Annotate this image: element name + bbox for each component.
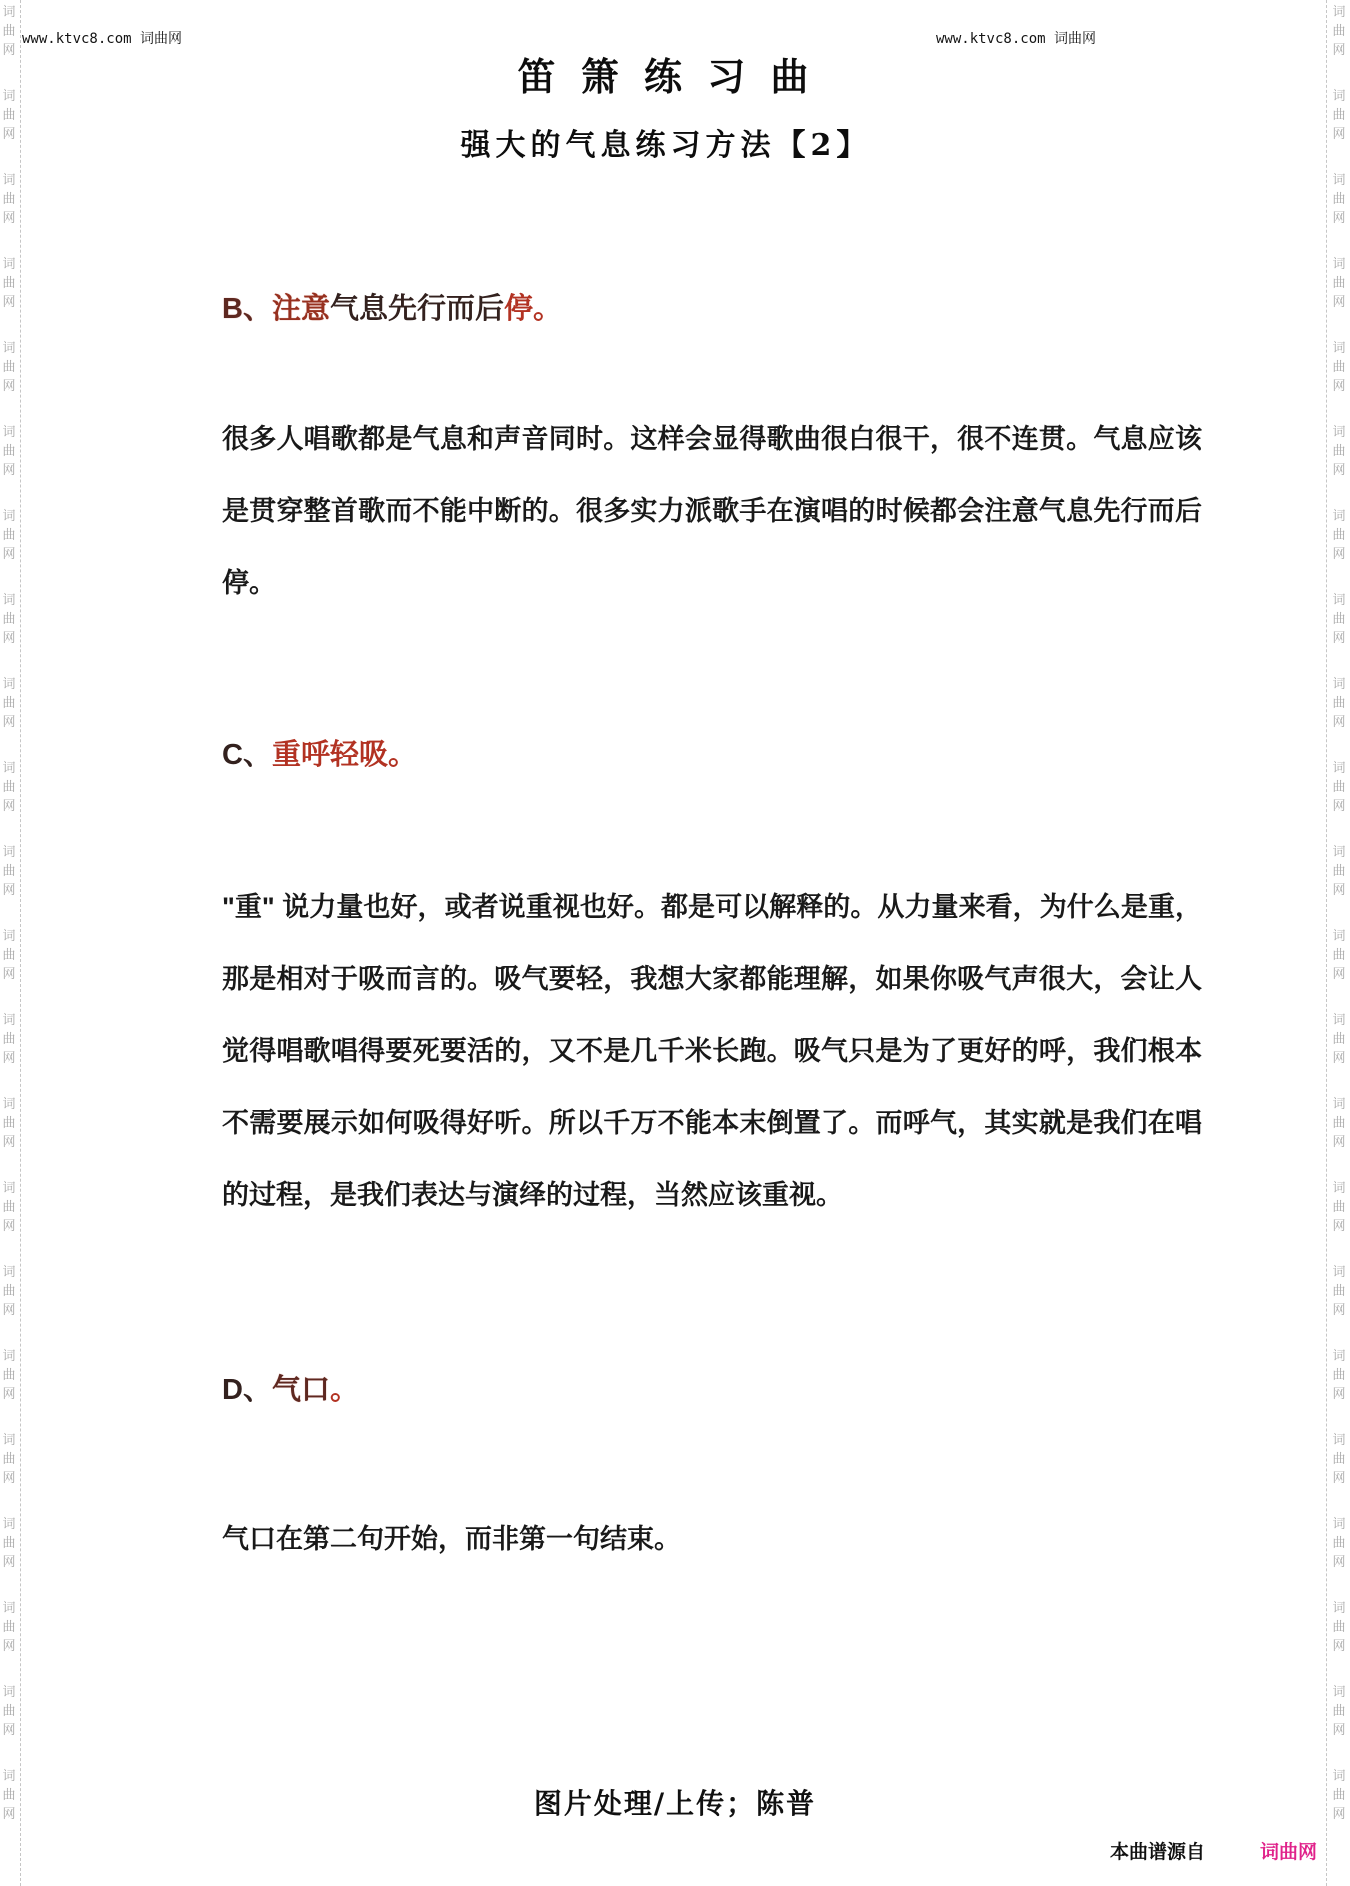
watermark-character: 词	[1330, 1516, 1348, 1532]
watermark-character: 曲	[0, 527, 18, 543]
watermark-character: 词	[0, 256, 18, 272]
watermark-character: 曲	[0, 947, 18, 963]
left-watermark-column: 词曲网词曲网词曲网词曲网词曲网词曲网词曲网词曲网词曲网词曲网词曲网词曲网词曲网词…	[0, 4, 18, 1852]
watermark-character: 网	[1330, 1134, 1348, 1150]
watermark-character: 曲	[0, 359, 18, 375]
watermark-character: 词	[0, 1684, 18, 1700]
watermark-character: 网	[1330, 630, 1348, 646]
watermark-character: 网	[0, 630, 18, 646]
watermark-character: 词	[0, 4, 18, 20]
watermark-character: 词	[0, 760, 18, 776]
watermark-character: 词	[0, 844, 18, 860]
watermark-character: 网	[0, 294, 18, 310]
watermark-character: 词	[1330, 1180, 1348, 1196]
heading-segment: C、	[222, 739, 272, 771]
watermark-character: 曲	[0, 1283, 18, 1299]
watermark-character: 曲	[1330, 1283, 1348, 1299]
watermark-character: 曲	[1330, 1619, 1348, 1635]
watermark-character: 网	[0, 1470, 18, 1486]
watermark-character: 曲	[0, 1115, 18, 1131]
watermark-character: 曲	[0, 1367, 18, 1383]
watermark-character: 网	[1330, 210, 1348, 226]
watermark-character: 曲	[1330, 23, 1348, 39]
footer-source-line: 本曲谱源自 词曲网	[1110, 1837, 1317, 1864]
watermark-character: 网	[1330, 294, 1348, 310]
watermark-character: 曲	[0, 779, 18, 795]
watermark-character: 网	[0, 1638, 18, 1654]
watermark-character: 词	[1330, 676, 1348, 692]
watermark-character: 网	[1330, 462, 1348, 478]
watermark-character: 网	[0, 462, 18, 478]
watermark-character: 曲	[1330, 947, 1348, 963]
watermark-character: 网	[0, 798, 18, 814]
credit-line: 图片处理/上传；陈普	[0, 1782, 1350, 1822]
watermark-character: 网	[0, 210, 18, 226]
watermark-character: 曲	[1330, 695, 1348, 711]
watermark-character: 词	[0, 592, 18, 608]
watermark-character: 曲	[1330, 1451, 1348, 1467]
watermark-character: 网	[1330, 546, 1348, 562]
watermark-character: 词	[0, 340, 18, 356]
watermark-character: 网	[0, 966, 18, 982]
heading-segment: D、	[222, 1374, 272, 1406]
header-url-left: www.ktvc8.com 词曲网	[22, 28, 182, 48]
section-c-heading: C、重呼轻吸。	[222, 736, 417, 774]
watermark-character: 网	[0, 1050, 18, 1066]
watermark-character: 曲	[0, 1451, 18, 1467]
watermark-character: 词	[1330, 424, 1348, 440]
watermark-character: 曲	[1330, 779, 1348, 795]
watermark-character: 曲	[0, 191, 18, 207]
heading-segment: 停。	[504, 293, 562, 325]
watermark-character: 网	[0, 1722, 18, 1738]
watermark-character: 词	[0, 1012, 18, 1028]
header-url-right: www.ktvc8.com 词曲网	[936, 28, 1096, 48]
watermark-character: 曲	[0, 1619, 18, 1635]
watermark-character: 网	[1330, 378, 1348, 394]
watermark-character: 曲	[1330, 107, 1348, 123]
watermark-character: 词	[0, 1600, 18, 1616]
watermark-character: 词	[0, 1096, 18, 1112]
watermark-character: 词	[1330, 1096, 1348, 1112]
section-d-heading: D、气口。	[222, 1371, 359, 1409]
page-subtitle: 强大的气息练习方法【2】	[0, 120, 1332, 164]
watermark-character: 网	[0, 882, 18, 898]
watermark-character: 曲	[1330, 863, 1348, 879]
watermark-character: 词	[1330, 1012, 1348, 1028]
watermark-character: 曲	[1330, 1115, 1348, 1131]
footer-source-label: 本曲谱源自	[1110, 1837, 1205, 1864]
watermark-character: 曲	[0, 695, 18, 711]
watermark-character: 曲	[1330, 1199, 1348, 1215]
watermark-character: 网	[1330, 126, 1348, 142]
watermark-character: 曲	[1330, 275, 1348, 291]
watermark-character: 曲	[0, 863, 18, 879]
watermark-character: 曲	[0, 23, 18, 39]
watermark-character: 网	[0, 378, 18, 394]
watermark-character: 词	[1330, 4, 1348, 20]
watermark-character: 词	[1330, 340, 1348, 356]
heading-segment: 。	[330, 1374, 359, 1406]
watermark-character: 词	[0, 1348, 18, 1364]
right-dashed-border	[1326, 0, 1327, 1886]
watermark-character: 词	[0, 424, 18, 440]
watermark-character: 词	[1330, 760, 1348, 776]
watermark-character: 网	[1330, 882, 1348, 898]
watermark-character: 网	[1330, 798, 1348, 814]
watermark-character: 网	[0, 1218, 18, 1234]
watermark-character: 词	[0, 508, 18, 524]
watermark-character: 词	[0, 1432, 18, 1448]
watermark-character: 曲	[1330, 1031, 1348, 1047]
watermark-character: 词	[1330, 256, 1348, 272]
watermark-character: 网	[1330, 1386, 1348, 1402]
watermark-character: 网	[1330, 1722, 1348, 1738]
watermark-character: 曲	[1330, 1703, 1348, 1719]
watermark-character: 曲	[0, 1199, 18, 1215]
watermark-character: 曲	[1330, 443, 1348, 459]
watermark-character: 曲	[1330, 527, 1348, 543]
watermark-character: 网	[0, 714, 18, 730]
watermark-character: 网	[0, 1302, 18, 1318]
watermark-character: 曲	[1330, 1535, 1348, 1551]
watermark-character: 词	[0, 928, 18, 944]
watermark-character: 网	[1330, 966, 1348, 982]
watermark-character: 词	[0, 1264, 18, 1280]
watermark-character: 曲	[0, 1535, 18, 1551]
document-page: 词曲网词曲网词曲网词曲网词曲网词曲网词曲网词曲网词曲网词曲网词曲网词曲网词曲网词…	[0, 0, 1350, 1886]
watermark-character: 词	[1330, 1600, 1348, 1616]
watermark-character: 网	[1330, 1470, 1348, 1486]
heading-segment: 气息先行而后	[330, 293, 504, 325]
heading-segment: 重呼轻吸。	[272, 739, 417, 771]
watermark-character: 网	[0, 1386, 18, 1402]
watermark-character: 词	[0, 676, 18, 692]
watermark-character: 词	[1330, 1264, 1348, 1280]
heading-segment: 注意	[272, 293, 330, 325]
watermark-character: 曲	[0, 1031, 18, 1047]
watermark-character: 曲	[0, 275, 18, 291]
watermark-character: 网	[1330, 42, 1348, 58]
section-b-paragraph: 很多人唱歌都是气息和声音同时。这样会显得歌曲很白很干，很不连贯。气息应该是贯穿整…	[222, 403, 1202, 619]
watermark-character: 词	[1330, 592, 1348, 608]
watermark-character: 词	[1330, 1684, 1348, 1700]
page-title: 笛 箫 练 习 曲	[0, 46, 1332, 101]
left-dashed-border	[20, 0, 21, 1886]
watermark-character: 网	[1330, 1218, 1348, 1234]
watermark-character: 词	[0, 1180, 18, 1196]
watermark-character: 曲	[1330, 359, 1348, 375]
section-d-paragraph: 气口在第二句开始，而非第一句结束。	[222, 1503, 1202, 1575]
watermark-character: 曲	[0, 611, 18, 627]
watermark-character: 词	[1330, 508, 1348, 524]
watermark-character: 网	[1330, 1050, 1348, 1066]
watermark-character: 曲	[0, 443, 18, 459]
right-watermark-column: 词曲网词曲网词曲网词曲网词曲网词曲网词曲网词曲网词曲网词曲网词曲网词曲网词曲网词…	[1330, 4, 1348, 1852]
watermark-character: 词	[0, 172, 18, 188]
watermark-character: 词	[1330, 1348, 1348, 1364]
watermark-character: 网	[0, 546, 18, 562]
watermark-character: 网	[1330, 714, 1348, 730]
watermark-character: 曲	[0, 1703, 18, 1719]
heading-segment: B、	[222, 293, 272, 325]
heading-segment: 气口	[272, 1374, 330, 1406]
section-c-paragraph: "重" 说力量也好，或者说重视也好。都是可以解释的。从力量来看，为什么是重，那是…	[222, 871, 1202, 1231]
watermark-character: 网	[1330, 1302, 1348, 1318]
watermark-character: 词	[1330, 172, 1348, 188]
watermark-character: 网	[1330, 1554, 1348, 1570]
watermark-character: 网	[0, 1554, 18, 1570]
watermark-character: 词	[1330, 1432, 1348, 1448]
watermark-character: 网	[1330, 1638, 1348, 1654]
watermark-character: 曲	[1330, 611, 1348, 627]
section-b-heading: B、注意气息先行而后停。	[222, 290, 562, 328]
watermark-character: 词	[1330, 88, 1348, 104]
watermark-character: 曲	[1330, 191, 1348, 207]
watermark-character: 词	[1330, 928, 1348, 944]
watermark-character: 网	[0, 1134, 18, 1150]
watermark-character: 曲	[1330, 1367, 1348, 1383]
watermark-character: 词	[0, 1516, 18, 1532]
footer-site-link[interactable]: 词曲网	[1260, 1837, 1317, 1864]
watermark-character: 词	[1330, 844, 1348, 860]
